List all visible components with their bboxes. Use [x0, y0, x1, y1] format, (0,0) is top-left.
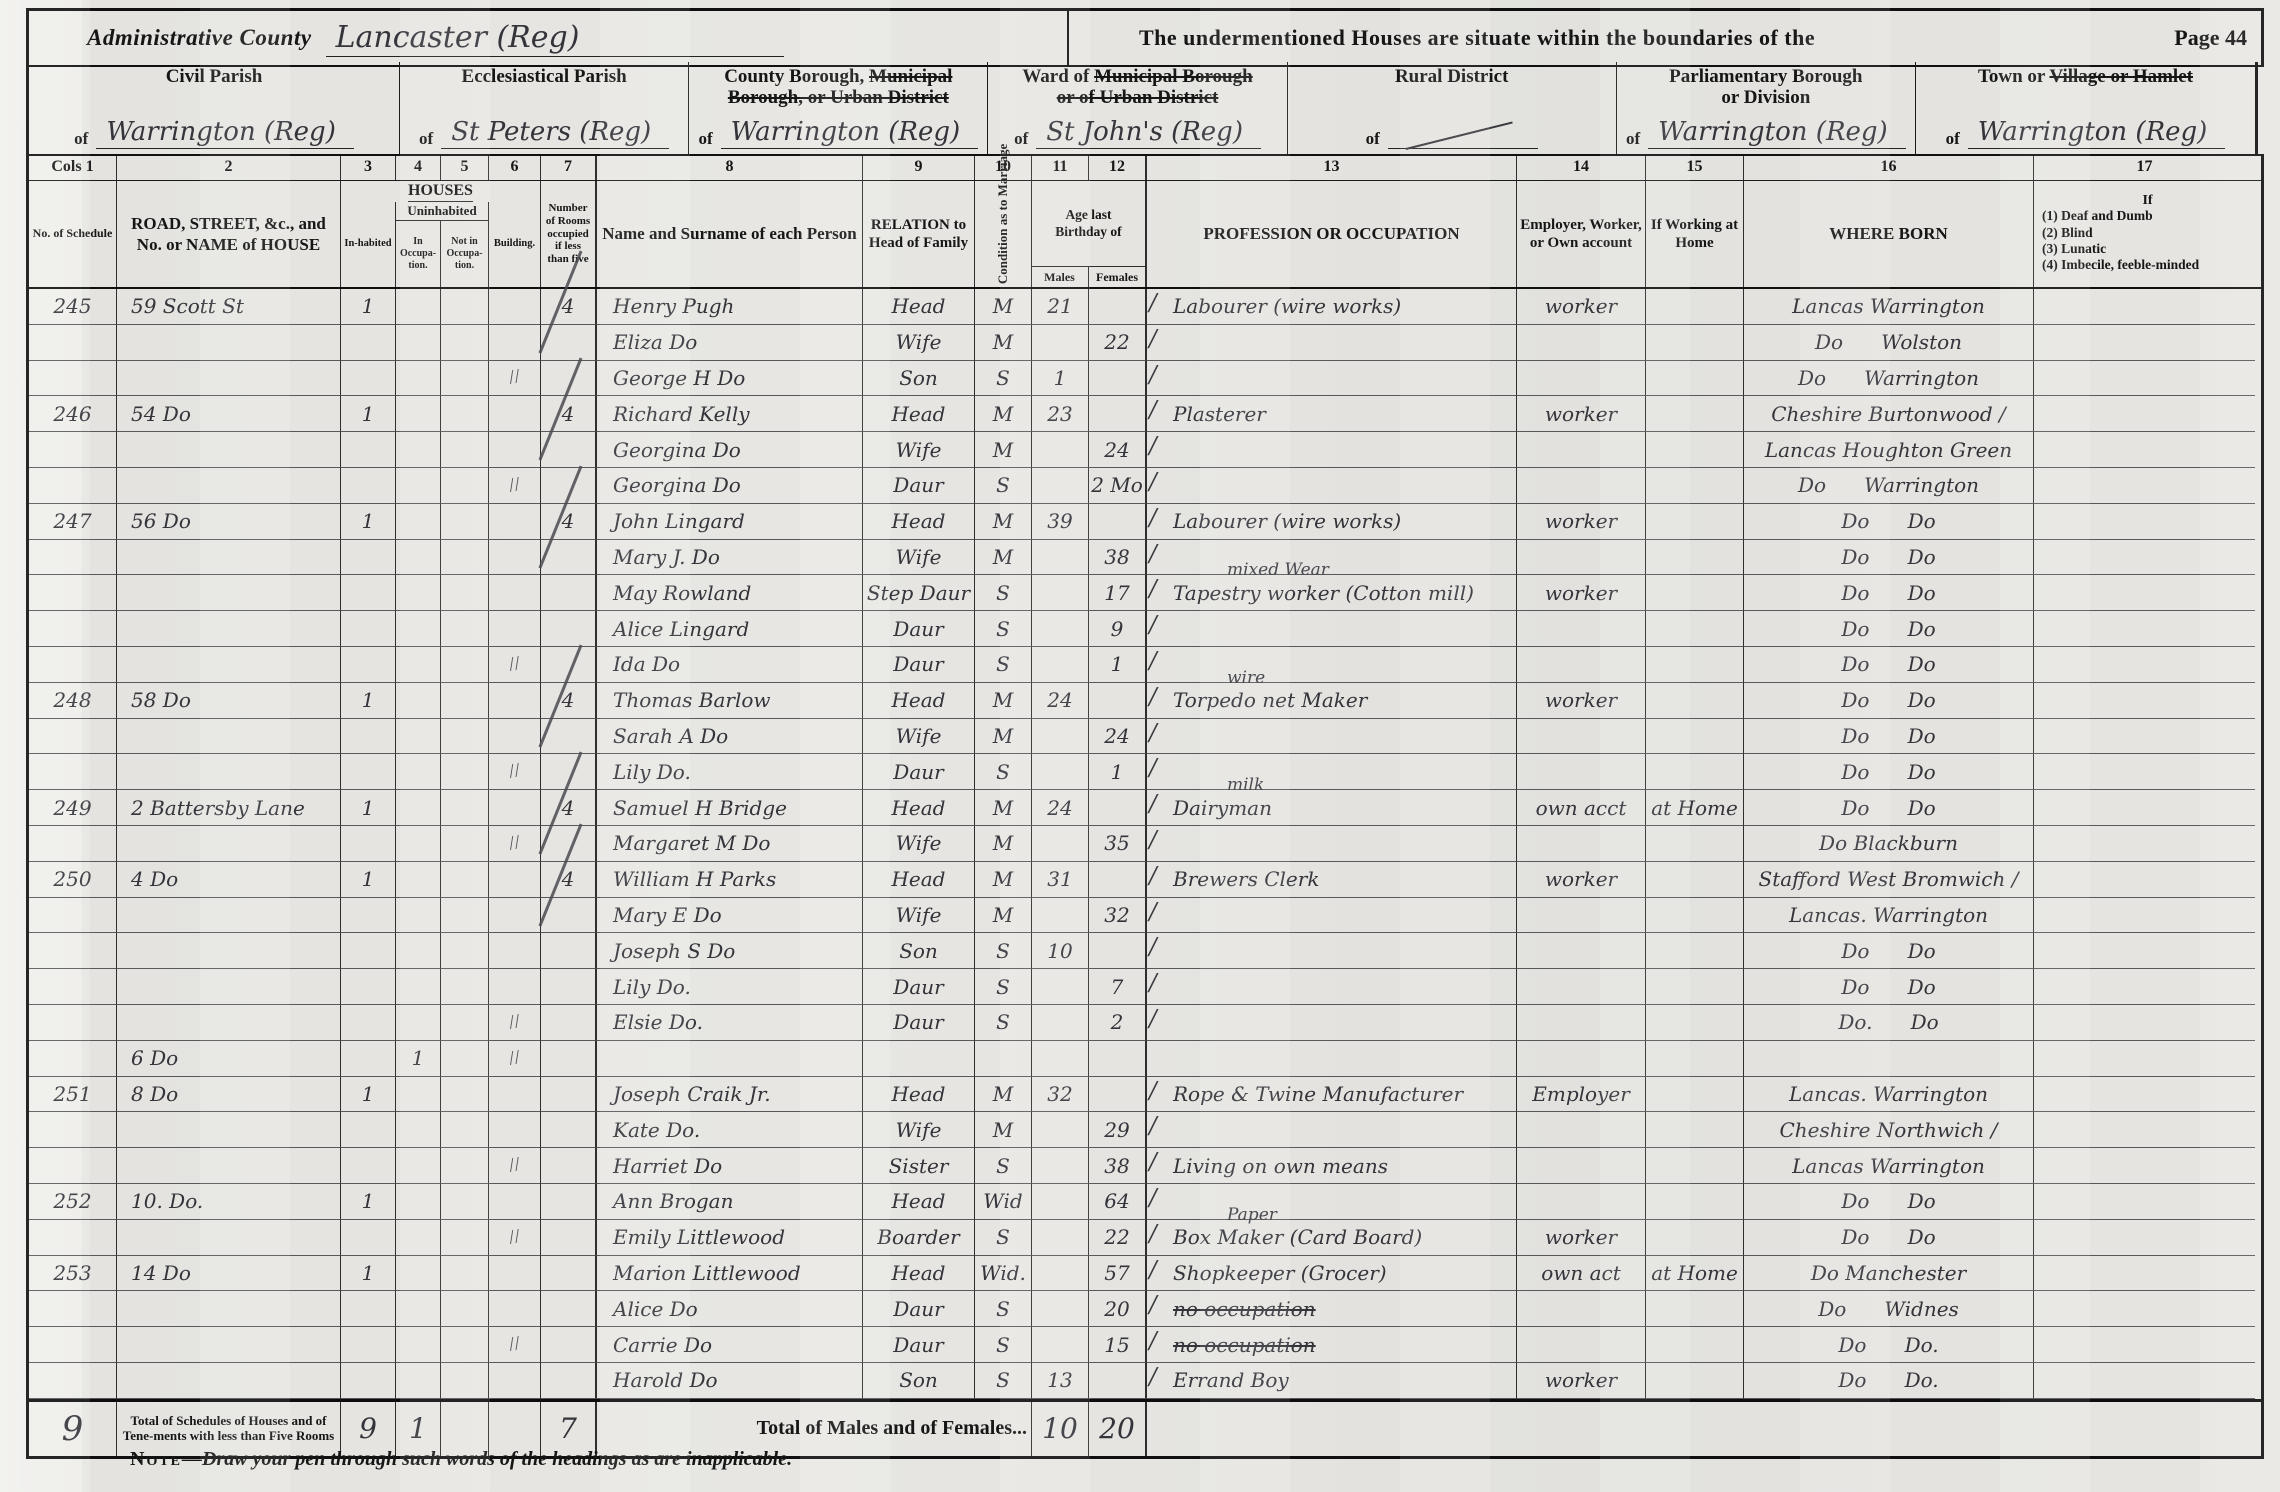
relation-cell: Step Daur	[863, 575, 975, 611]
age-male-cell: 13	[1032, 1363, 1089, 1399]
at-home-cell	[1646, 1291, 1744, 1327]
inhabited-cell	[341, 575, 396, 611]
occupation-text: Plasterer	[1173, 402, 1266, 426]
occupation-cell: /	[1147, 1184, 1517, 1220]
road-street-cell	[117, 754, 341, 790]
where-born-cell: Do Do	[1744, 933, 2034, 969]
occupation-cell: / Plasterer	[1147, 396, 1517, 432]
inhabited-cell	[341, 1220, 396, 1256]
person-name-cell: Alice Do	[597, 1291, 863, 1327]
occupation-cell: /	[1147, 826, 1517, 862]
road-street-cell	[117, 1005, 341, 1041]
relation-cell: Head	[863, 1184, 975, 1220]
infirmity-cell	[2034, 540, 2255, 576]
condition-cell: S	[975, 361, 1032, 397]
column-number-row: Cols 1234567891011121314151617	[29, 156, 2261, 181]
inhabited-cell	[341, 898, 396, 934]
road-street-cell	[117, 1148, 341, 1184]
employer-cell	[1517, 933, 1646, 969]
person-name-cell: Lily Do.	[597, 754, 863, 790]
table-row: 246 54 Do 1 4 Richard Kelly Head M 23 / …	[29, 396, 2261, 432]
ward-title: Ward of Municipal Borough or of Urban Di…	[994, 66, 1280, 109]
schedule-number	[29, 1220, 117, 1256]
ecclesiastical-parish-title: Ecclesiastical Parish	[406, 66, 682, 87]
tally-mark: /	[1149, 541, 1157, 567]
tally-mark: /	[1149, 397, 1157, 423]
person-name-cell: Elsie Do.	[597, 1005, 863, 1041]
totals-empty	[1147, 1402, 2255, 1456]
schedule-number	[29, 432, 117, 468]
age-female-cell: 22	[1089, 1220, 1147, 1256]
occupation-text: Labourer (wire works)	[1173, 294, 1401, 318]
road-street-cell: 10. Do.	[117, 1184, 341, 1220]
condition-cell: M	[975, 719, 1032, 755]
condition-cell: M	[975, 289, 1032, 325]
condition-cell: S	[975, 1220, 1032, 1256]
schedule-number: 253	[29, 1256, 117, 1292]
condition-cell: S	[975, 575, 1032, 611]
infirmity-cell	[2034, 396, 2255, 432]
person-name-cell: Kate Do.	[597, 1112, 863, 1148]
not-in-occupation-cell	[441, 504, 489, 540]
infirmity-cell	[2034, 611, 2255, 647]
totals-females: 20	[1089, 1402, 1147, 1456]
where-born-cell: Lancas. Warrington	[1744, 898, 2034, 934]
inhabited-cell	[341, 1148, 396, 1184]
rural-district-section: Rural District of	[1288, 62, 1617, 154]
condition-cell: M	[975, 826, 1032, 862]
infirmity-cell	[2034, 933, 2255, 969]
condition-cell: M	[975, 1077, 1032, 1113]
at-home-cell	[1646, 540, 1744, 576]
age-male-cell	[1032, 969, 1089, 1005]
in-occupation-cell	[396, 289, 441, 325]
person-name-cell: Richard Kelly	[597, 396, 863, 432]
relation-cell: Wife	[863, 540, 975, 576]
person-name-cell: John Lingard	[597, 504, 863, 540]
tally-mark: /	[1149, 290, 1157, 316]
schedule-number	[29, 898, 117, 934]
header-age: Age last Birthday of	[1032, 181, 1145, 266]
condition-cell: S	[975, 647, 1032, 683]
occupation-cell: /	[1147, 898, 1517, 934]
person-name-cell: William H Parks	[597, 862, 863, 898]
occupation-text: Living on own means	[1173, 1154, 1388, 1178]
where-born-cell: Do Blackburn	[1744, 826, 2034, 862]
census-page: Administrative County Lancaster (Reg) Th…	[0, 0, 2280, 1492]
administrative-county-box: Administrative County Lancaster (Reg)	[29, 11, 1069, 65]
building-cell	[489, 1184, 541, 1220]
infirmity-cell	[2034, 1005, 2255, 1041]
where-born-cell: Stafford West Bromwich /	[1744, 862, 2034, 898]
age-male-cell	[1032, 468, 1089, 504]
column-number: 12	[1089, 156, 1147, 180]
road-street-cell: 59 Scott St	[117, 289, 341, 325]
person-name-cell: Henry Pugh	[597, 289, 863, 325]
at-home-cell	[1646, 361, 1744, 397]
person-name-cell: Alice Lingard	[597, 611, 863, 647]
condition-cell: Wid	[975, 1184, 1032, 1220]
table-row: // Ida Do Daur S 1 / Do Do	[29, 647, 2261, 683]
relation-cell: Son	[863, 933, 975, 969]
in-occupation-cell	[396, 504, 441, 540]
tally-mark: /	[1149, 1078, 1157, 1104]
header-name: Name and Surname of each Person	[597, 181, 863, 287]
header-uninhabited: Uninhabited	[396, 202, 488, 221]
inhabited-cell	[341, 647, 396, 683]
age-female-cell: 32	[1089, 898, 1147, 934]
person-name-cell: Carrie Do	[597, 1327, 863, 1363]
age-female-cell: 17	[1089, 575, 1147, 611]
table-row: // Georgina Do Daur S 2 Mo / Do Warringt…	[29, 468, 2261, 504]
building-cell	[489, 540, 541, 576]
employer-cell	[1517, 1148, 1646, 1184]
tally-mark: /	[1149, 1185, 1157, 1211]
infirmity-cell	[2034, 683, 2255, 719]
inhabited-cell: 1	[341, 396, 396, 432]
where-born-cell: Do Warrington	[1744, 361, 2034, 397]
infirmity-cell	[2034, 432, 2255, 468]
table-row: Kate Do. Wife M 29 / Cheshire Northwich …	[29, 1112, 2261, 1148]
column-number: 4	[396, 156, 441, 180]
age-female-cell: 24	[1089, 432, 1147, 468]
district-band: Civil Parish ofWarrington (Reg) Ecclesia…	[26, 62, 2258, 154]
rooms-cell: 4	[541, 683, 597, 719]
column-number: 7	[541, 156, 597, 180]
relation-cell: Daur	[863, 647, 975, 683]
occupation-cell: / wire Torpedo net Maker	[1147, 683, 1517, 719]
at-home-cell	[1646, 1077, 1744, 1113]
tally-mark: /	[1149, 791, 1157, 817]
where-born-cell: Do Do	[1744, 540, 2034, 576]
occupation-cell: / Brewers Clerk	[1147, 862, 1517, 898]
not-in-occupation-cell	[441, 683, 489, 719]
occupation-cell: / Paper Box Maker (Card Board)	[1147, 1220, 1517, 1256]
rooms-cell	[541, 1256, 597, 1292]
table-row: Georgina Do Wife M 24 / Lancas Houghton …	[29, 432, 2261, 468]
employer-cell: Employer	[1517, 1077, 1646, 1113]
inhabited-cell	[341, 1041, 396, 1077]
in-occupation-cell	[396, 611, 441, 647]
building-cell	[489, 719, 541, 755]
tally-mark: /	[1149, 863, 1157, 889]
occupation-cell	[1147, 1041, 1517, 1077]
infirmity-item: (4) Imbecile, feeble-minded	[2042, 257, 2199, 273]
building-cell	[489, 1112, 541, 1148]
road-street-cell	[117, 432, 341, 468]
schedule-number	[29, 969, 117, 1005]
building-cell	[489, 1256, 541, 1292]
town-title: Town or Village or Hamlet	[1922, 66, 2249, 87]
in-occupation-cell	[396, 468, 441, 504]
age-female-cell: 1	[1089, 754, 1147, 790]
employer-cell	[1517, 468, 1646, 504]
tally-mark: /	[1149, 1257, 1157, 1283]
civil-parish-value: Warrington (Reg)	[96, 117, 354, 149]
not-in-occupation-cell	[441, 1184, 489, 1220]
rooms-cell	[541, 754, 597, 790]
road-street-cell: 6 Do	[117, 1041, 341, 1077]
occupation-cell: / no occupation	[1147, 1327, 1517, 1363]
building-cell	[489, 504, 541, 540]
building-cell: //	[489, 1148, 541, 1184]
not-in-occupation-cell	[441, 1148, 489, 1184]
person-name-cell: Mary E Do	[597, 898, 863, 934]
occupation-cell: / milk Dairyman	[1147, 790, 1517, 826]
at-home-cell	[1646, 683, 1744, 719]
schedule-number: 246	[29, 396, 117, 432]
age-male-cell	[1032, 719, 1089, 755]
tally-mark: /	[1149, 326, 1157, 352]
building-cell: //	[489, 754, 541, 790]
occupation-cell: / mixed Wear Tapestry worker (Cotton mil…	[1147, 575, 1517, 611]
schedule-number	[29, 1363, 117, 1399]
where-born-cell: Lancas Houghton Green	[1744, 432, 2034, 468]
age-female-cell: 2 Mo	[1089, 468, 1147, 504]
age-male-cell: 23	[1032, 396, 1089, 432]
schedule-number: 251	[29, 1077, 117, 1113]
tally-mark: /	[1149, 934, 1157, 960]
schedule-number	[29, 325, 117, 361]
employer-cell	[1517, 611, 1646, 647]
where-born-cell: Do Do	[1744, 575, 2034, 611]
where-born-cell: Do Do	[1744, 754, 2034, 790]
in-occupation-cell	[396, 933, 441, 969]
tally-mark: /	[1149, 827, 1157, 853]
inhabited-cell	[341, 1363, 396, 1399]
age-female-cell	[1089, 361, 1147, 397]
not-in-occupation-cell	[441, 540, 489, 576]
town-section: Town or Village or Hamlet ofWarrington (…	[1916, 62, 2255, 154]
table-row: 249 2 Battersby Lane 1 4 Samuel H Bridge…	[29, 790, 2261, 826]
occupation-annotation: wire	[1227, 668, 1265, 688]
inhabited-cell: 1	[341, 504, 396, 540]
table-row: // Carrie Do Daur S 15 / no occupation D…	[29, 1327, 2261, 1363]
where-born-cell: Do Do	[1744, 611, 2034, 647]
table-row: 253 14 Do 1 Marion Littlewood Head Wid. …	[29, 1256, 2261, 1292]
ecclesiastical-parish-value: St Peters (Reg)	[441, 117, 669, 149]
footer-note-text: —Draw your pen through such words of the…	[182, 1448, 792, 1470]
headline: The undermentioned Houses are situate wi…	[1069, 25, 1815, 51]
schedule-number	[29, 754, 117, 790]
inhabited-cell	[341, 1005, 396, 1041]
condition-cell: S	[975, 754, 1032, 790]
employer-cell	[1517, 1005, 1646, 1041]
header-uninhabited-group: Uninhabited In Occupa-tion. Not in Occup…	[396, 202, 489, 287]
rooms-cell	[541, 933, 597, 969]
building-cell	[489, 683, 541, 719]
occupation-cell: /	[1147, 325, 1517, 361]
building-cell	[489, 790, 541, 826]
employer-cell: worker	[1517, 289, 1646, 325]
at-home-cell	[1646, 969, 1744, 1005]
rooms-cell	[541, 969, 597, 1005]
inhabited-cell	[341, 540, 396, 576]
in-occupation-cell	[396, 1291, 441, 1327]
schedule-number: 247	[29, 504, 117, 540]
table-body: 245 59 Scott St 1 4 Henry Pugh Head M 21…	[29, 289, 2261, 1399]
where-born-cell: Lancas Warrington	[1744, 289, 2034, 325]
where-born-cell: Do Warrington	[1744, 468, 2034, 504]
infirmity-cell	[2034, 790, 2255, 826]
condition-cell: S	[975, 611, 1032, 647]
age-female-cell: 2	[1089, 1005, 1147, 1041]
relation-cell: Daur	[863, 969, 975, 1005]
at-home-cell	[1646, 468, 1744, 504]
employer-cell: own act	[1517, 1256, 1646, 1292]
age-male-cell	[1032, 1005, 1089, 1041]
schedule-number	[29, 361, 117, 397]
rooms-cell	[541, 1220, 597, 1256]
relation-cell: Wife	[863, 826, 975, 862]
in-occupation-cell	[396, 1112, 441, 1148]
in-occupation-cell	[396, 325, 441, 361]
of-label: of	[419, 129, 433, 149]
person-name-cell: Eliza Do	[597, 325, 863, 361]
employer-cell: worker	[1517, 1220, 1646, 1256]
header-relation: RELATION to Head of Family	[863, 181, 975, 287]
at-home-cell	[1646, 504, 1744, 540]
inhabited-cell	[341, 1112, 396, 1148]
not-in-occupation-cell	[441, 611, 489, 647]
relation-cell: Wife	[863, 325, 975, 361]
column-number: 14	[1517, 156, 1646, 180]
not-in-occupation-cell	[441, 1041, 489, 1077]
at-home-cell	[1646, 1148, 1744, 1184]
of-label: of	[698, 129, 712, 149]
table-row: May Rowland Step Daur S 17 / mixed Wear …	[29, 575, 2261, 611]
header-schedule: No. of Schedule	[29, 181, 117, 287]
infirmity-cell	[2034, 1148, 2255, 1184]
inhabited-cell: 1	[341, 1077, 396, 1113]
person-name-cell: Margaret M Do	[597, 826, 863, 862]
administrative-county-label: Administrative County	[87, 25, 312, 51]
header-not-in-occupation: Not in Occupa-tion.	[441, 221, 488, 287]
not-in-occupation-cell	[441, 432, 489, 468]
relation-cell: Wife	[863, 1112, 975, 1148]
infirmity-cell	[2034, 719, 2255, 755]
age-male-cell	[1032, 325, 1089, 361]
table-row: 248 58 Do 1 4 Thomas Barlow Head M 24 / …	[29, 683, 2261, 719]
employer-cell: worker	[1517, 862, 1646, 898]
tally-mark: /	[1149, 970, 1157, 996]
inhabited-cell	[341, 432, 396, 468]
rooms-cell	[541, 1005, 597, 1041]
at-home-cell	[1646, 1363, 1744, 1399]
rooms-cell	[541, 575, 597, 611]
occupation-text: Torpedo net Maker	[1173, 688, 1367, 712]
rooms-cell	[541, 361, 597, 397]
column-number: 9	[863, 156, 975, 180]
where-born-cell: Do Do	[1744, 719, 2034, 755]
age-male-cell	[1032, 826, 1089, 862]
age-male-cell	[1032, 1041, 1089, 1077]
rooms-cell	[541, 1363, 597, 1399]
building-cell	[489, 575, 541, 611]
employer-cell	[1517, 1041, 1646, 1077]
infirmity-item: (3) Lunatic	[2042, 241, 2199, 257]
inhabited-cell	[341, 1291, 396, 1327]
header-road: ROAD, STREET, &c., and No. or NAME of HO…	[117, 181, 341, 287]
relation-cell: Head	[863, 790, 975, 826]
column-header-row: No. of Schedule ROAD, STREET, &c., and N…	[29, 181, 2261, 289]
where-born-cell: Do Do	[1744, 1220, 2034, 1256]
employer-cell	[1517, 361, 1646, 397]
employer-cell: worker	[1517, 683, 1646, 719]
tally-mark: /	[1149, 505, 1157, 531]
schedule-number	[29, 1005, 117, 1041]
tally-mark: /	[1149, 1364, 1157, 1390]
age-female-cell	[1089, 862, 1147, 898]
person-name-cell: Emily Littlewood	[597, 1220, 863, 1256]
occupation-cell: /	[1147, 361, 1517, 397]
table-row: 252 10. Do. 1 Ann Brogan Head Wid 64 / D…	[29, 1184, 2261, 1220]
road-street-cell: 4 Do	[117, 862, 341, 898]
infirmity-cell	[2034, 575, 2255, 611]
relation-cell: Head	[863, 862, 975, 898]
schedule-number	[29, 1327, 117, 1363]
condition-cell: S	[975, 1005, 1032, 1041]
column-number: 16	[1744, 156, 2034, 180]
relation-cell: Daur	[863, 1327, 975, 1363]
infirmity-cell	[2034, 647, 2255, 683]
ward-value: St John's (Reg)	[1036, 117, 1261, 149]
header-infirmity: If (1) Deaf and Dumb(2) Blind(3) Lunatic…	[2034, 181, 2255, 287]
employer-cell	[1517, 540, 1646, 576]
tally-mark: /	[1149, 1006, 1157, 1032]
age-female-cell: 29	[1089, 1112, 1147, 1148]
inhabited-cell	[341, 933, 396, 969]
county-borough-title: County Borough, Municipal Borough, or Ur…	[695, 66, 981, 109]
age-male-cell	[1032, 611, 1089, 647]
person-name-cell: Georgina Do	[597, 468, 863, 504]
table-row: Eliza Do Wife M 22 / Do Wolston	[29, 325, 2261, 361]
table-row: Joseph S Do Son S 10 / Do Do	[29, 933, 2261, 969]
age-female-cell: 24	[1089, 719, 1147, 755]
person-name-cell: Ann Brogan	[597, 1184, 863, 1220]
occupation-cell: /	[1147, 933, 1517, 969]
building-cell: //	[489, 1005, 541, 1041]
occupation-cell: / Shopkeeper (Grocer)	[1147, 1256, 1517, 1292]
age-male-cell: 31	[1032, 862, 1089, 898]
condition-cell: S	[975, 969, 1032, 1005]
not-in-occupation-cell	[441, 647, 489, 683]
schedule-number	[29, 1112, 117, 1148]
relation-cell: Head	[863, 289, 975, 325]
table-row: Lily Do. Daur S 7 / Do Do	[29, 969, 2261, 1005]
table-row: // Emily Littlewood Boarder S 22 / Paper…	[29, 1220, 2261, 1256]
person-name-cell: Georgina Do	[597, 432, 863, 468]
age-female-cell: 1	[1089, 647, 1147, 683]
road-street-cell	[117, 1220, 341, 1256]
schedule-number: 248	[29, 683, 117, 719]
tally-mark: /	[1149, 1221, 1157, 1247]
schedule-number	[29, 1291, 117, 1327]
age-male-cell	[1032, 1184, 1089, 1220]
ecclesiastical-parish-section: Ecclesiastical Parish ofSt Peters (Reg)	[400, 62, 689, 154]
employer-cell: worker	[1517, 575, 1646, 611]
employer-cell: worker	[1517, 504, 1646, 540]
at-home-cell	[1646, 1005, 1744, 1041]
infirmity-cell	[2034, 1184, 2255, 1220]
occupation-annotation: Paper	[1227, 1205, 1277, 1225]
inhabited-cell	[341, 611, 396, 647]
age-male-cell: 32	[1032, 1077, 1089, 1113]
relation-cell: Wife	[863, 432, 975, 468]
where-born-cell: Do Do	[1744, 1184, 2034, 1220]
not-in-occupation-cell	[441, 933, 489, 969]
infirmity-item: (1) Deaf and Dumb	[2042, 208, 2199, 224]
